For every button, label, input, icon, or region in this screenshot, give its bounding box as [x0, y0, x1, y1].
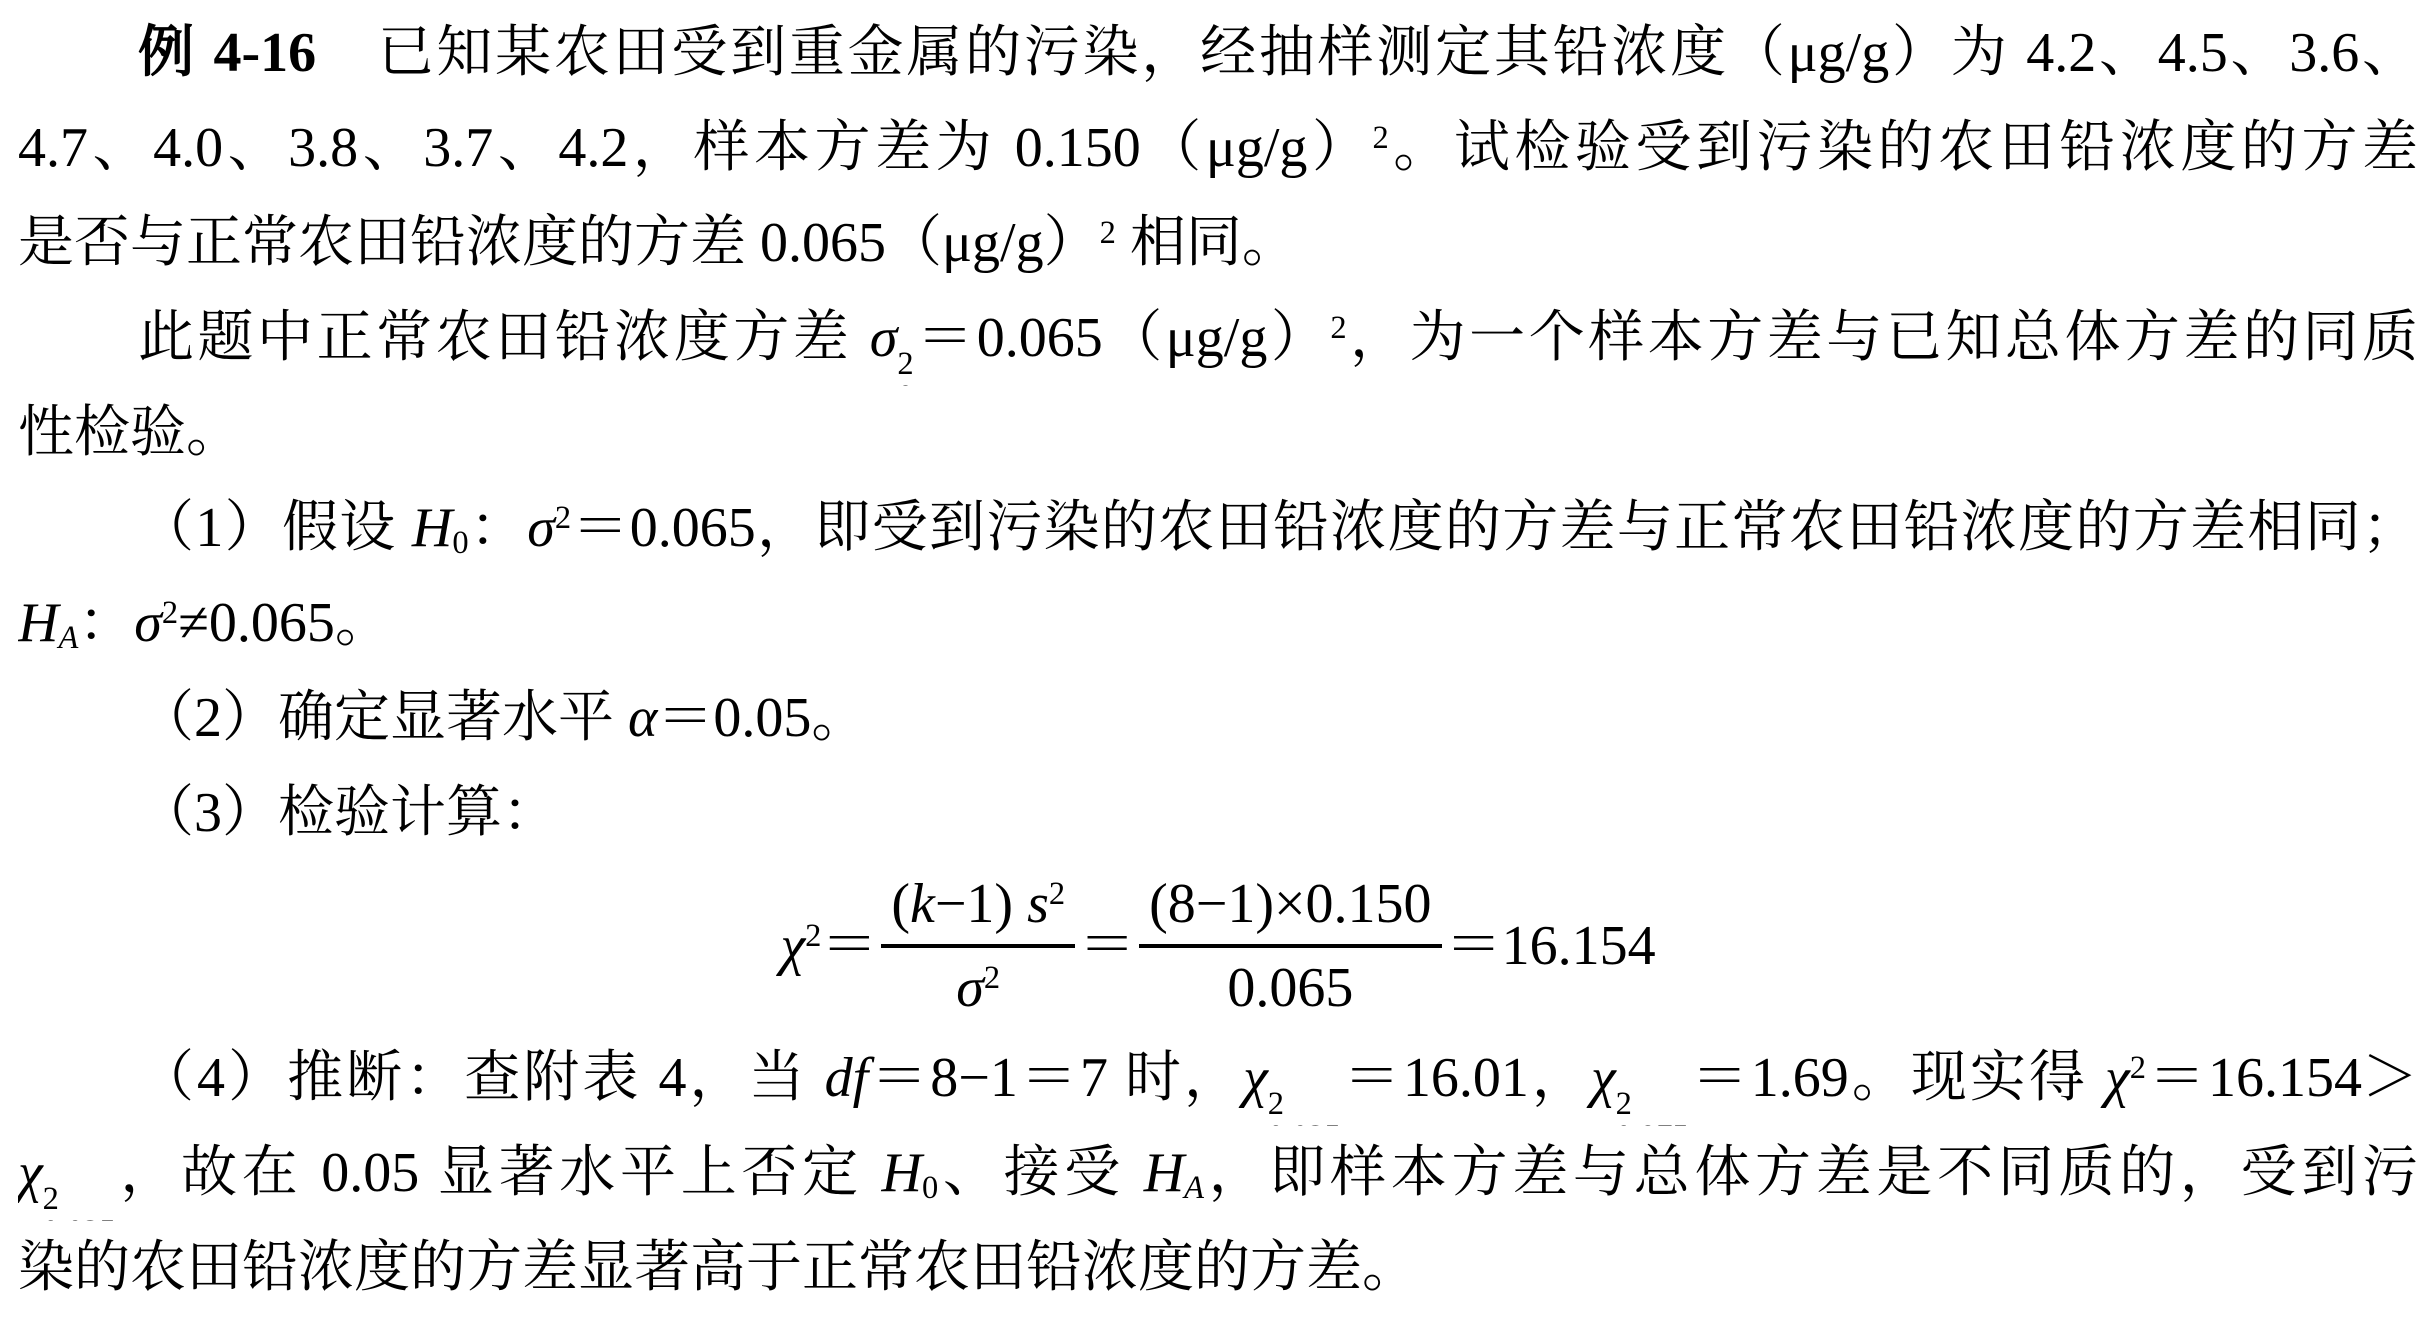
- body-text: 已知某农田受到重金属的污染，经抽样测定其铅浓度（μg/g）为 4.2、4.5、3…: [316, 22, 2418, 84]
- k-symbol: k: [910, 873, 935, 935]
- superscript-2: 2: [162, 595, 178, 631]
- superscript-2: 2: [1373, 120, 1389, 156]
- body-text: ＝1.69。现实得: [1689, 1047, 2105, 1109]
- chi-sub-sup: 20.025: [43, 1183, 116, 1221]
- sigma-symbol: σ: [956, 957, 984, 1019]
- equals-sign: ＝: [1079, 914, 1135, 978]
- body-text: ＝0.065（μg/g）: [914, 307, 1331, 369]
- sigma-symbol: σ: [134, 592, 162, 654]
- body-text: （2）确定显著水平: [138, 687, 628, 749]
- superscript-2: 2: [43, 1183, 59, 1216]
- body-text: 性检验。: [18, 402, 242, 464]
- sigma-sub-sup: 20: [897, 348, 913, 386]
- sigma-symbol: σ: [527, 497, 555, 559]
- fraction-denominator: σ2: [881, 944, 1075, 1020]
- body-text: ，为一个样本方差与已知总体方差的同质: [1347, 307, 2418, 369]
- chi-symbol: χ: [780, 915, 805, 977]
- chi-sub-sup: 20.025: [1268, 1088, 1341, 1126]
- paren: (: [891, 873, 910, 935]
- body-text: ＝16.154＞: [2146, 1047, 2418, 1109]
- body-text: ＝0.065，即受到污染的农田铅浓度的方差与正常农田铅浓度的方差相同；: [571, 497, 2418, 559]
- body-text: 是否与正常农田铅浓度的方差 0.065（μg/g）: [18, 212, 1100, 274]
- body-text: ，即样本方差与总体方差是不同质的，受到污: [1204, 1142, 2418, 1204]
- chi-square-formula: χ2＝ (k−1) s2 σ2 ＝ (8−1)×0.150 0.065 ＝16.…: [18, 861, 2418, 1031]
- textbook-page: 例 4-16 已知某农田受到重金属的污染，经抽样测定其铅浓度（μg/g）为 4.…: [0, 0, 2434, 1316]
- fraction-numerator: (8−1)×0.150: [1139, 872, 1441, 944]
- equals-sign: ＝: [1446, 915, 1502, 977]
- alpha-symbol: α: [628, 687, 657, 749]
- df-symbol: df: [825, 1047, 869, 1109]
- body-text: 染的农田铅浓度的方差显著高于正常农田铅浓度的方差。: [18, 1237, 1418, 1299]
- superscript-2: 2: [984, 960, 1000, 996]
- paragraph4-line1: （2）确定显著水平 α＝0.05。: [18, 671, 2418, 766]
- subscript-A: A: [1184, 1170, 1204, 1206]
- fraction-symbolic: (k−1) s2 σ2: [881, 872, 1075, 1021]
- equals-sign: ＝: [821, 915, 877, 977]
- paragraph6-line1: （4）推断：查附表 4，当 df＝8−1＝7 时，χ20.025＝16.01，χ…: [18, 1031, 2418, 1126]
- paragraph6-line3: 染的农田铅浓度的方差显著高于正常农田铅浓度的方差。: [18, 1221, 2418, 1316]
- body-text: −1): [935, 873, 1027, 935]
- formula-row: χ2＝ (k−1) s2 σ2 ＝ (8−1)×0.150 0.065 ＝16.…: [780, 872, 1655, 1021]
- superscript-2: 2: [1330, 310, 1346, 346]
- body-text: 4.7、4.0、3.8、3.7、4.2，样本方差为 0.150（μg/g）: [18, 117, 1373, 179]
- body-text: （4）推断：查附表 4，当: [138, 1047, 825, 1109]
- body-text: ≠0.065。: [178, 592, 391, 654]
- superscript-2: 2: [555, 500, 571, 536]
- paragraph1-line2: 4.7、4.0、3.8、3.7、4.2，样本方差为 0.150（μg/g）2。试…: [18, 101, 2418, 196]
- fraction-numeric: (8−1)×0.150 0.065: [1139, 872, 1441, 1021]
- colon: ：: [469, 497, 528, 559]
- colon: ：: [78, 592, 134, 654]
- body-text: 此题中正常农田铅浓度方差: [138, 307, 870, 369]
- body-text: ，故在 0.05 显著水平上否定: [116, 1142, 882, 1204]
- fraction-numerator: (k−1) s2: [881, 872, 1075, 944]
- result-value: 16.154: [1502, 915, 1656, 977]
- sigma-symbol: σ: [870, 307, 898, 369]
- body-text: ＝0.05。: [657, 687, 867, 749]
- body-text: 。试检验受到污染的农田铅浓度的方差: [1389, 117, 2418, 179]
- paragraph1-line1: 例 4-16 已知某农田受到重金属的污染，经抽样测定其铅浓度（μg/g）为 4.…: [18, 6, 2418, 101]
- superscript-2: 2: [1268, 1088, 1284, 1121]
- paragraph1-line3: 是否与正常农田铅浓度的方差 0.065（μg/g）2 相同。: [18, 196, 2418, 291]
- body-text: 、接受: [938, 1142, 1144, 1204]
- body-text: （3）检验计算：: [138, 782, 558, 844]
- body-text: ＝8−1＝7 时，: [868, 1047, 1243, 1109]
- example-label: 例 4-16: [138, 22, 316, 84]
- chi-sub-sup: 20.975: [1616, 1088, 1689, 1126]
- paragraph3-line1: （1）假设 H0：σ2＝0.065，即受到污染的农田铅浓度的方差与正常农田铅浓度…: [18, 481, 2418, 576]
- subscript-0: 0: [452, 525, 468, 561]
- superscript-2: 2: [1616, 1088, 1632, 1121]
- chi-symbol: χ: [1591, 1047, 1616, 1109]
- subscript-0: 0: [897, 381, 913, 386]
- chi-symbol: χ: [18, 1142, 43, 1204]
- superscript-2: 2: [1100, 215, 1116, 251]
- body-text: 相同。: [1116, 212, 1298, 274]
- h-null-symbol: H: [412, 497, 452, 559]
- superscript-2: 2: [1049, 876, 1065, 912]
- chi-symbol: χ: [1243, 1047, 1268, 1109]
- fraction-denominator: 0.065: [1139, 944, 1441, 1020]
- body-text: ＝16.01，: [1341, 1047, 1591, 1109]
- formula-result: ＝16.154: [1446, 914, 1656, 978]
- paragraph6-line2: χ20.025，故在 0.05 显著水平上否定 H0、接受 HA，即样本方差与总…: [18, 1126, 2418, 1221]
- paragraph5-line1: （3）检验计算：: [18, 766, 2418, 861]
- superscript-2: 2: [2130, 1050, 2146, 1086]
- chi-squared-term: χ2＝: [780, 914, 877, 978]
- body-text: （1）假设: [138, 497, 412, 559]
- h-null-symbol: H: [882, 1142, 922, 1204]
- superscript-2: 2: [805, 918, 821, 954]
- paragraph2-line2: 性检验。: [18, 386, 2418, 481]
- paragraph3-line2: HA：σ2≠0.065。: [18, 576, 2418, 671]
- superscript-2: 2: [897, 348, 913, 381]
- paragraph2-line1: 此题中正常农田铅浓度方差 σ20＝0.065（μg/g）2，为一个样本方差与已知…: [18, 291, 2418, 386]
- h-alt-symbol: H: [18, 592, 58, 654]
- h-alt-symbol: H: [1144, 1142, 1184, 1204]
- s-symbol: s: [1027, 873, 1049, 935]
- subscript-0: 0: [922, 1170, 938, 1206]
- subscript-A: A: [58, 620, 78, 656]
- chi-symbol: χ: [2105, 1047, 2130, 1109]
